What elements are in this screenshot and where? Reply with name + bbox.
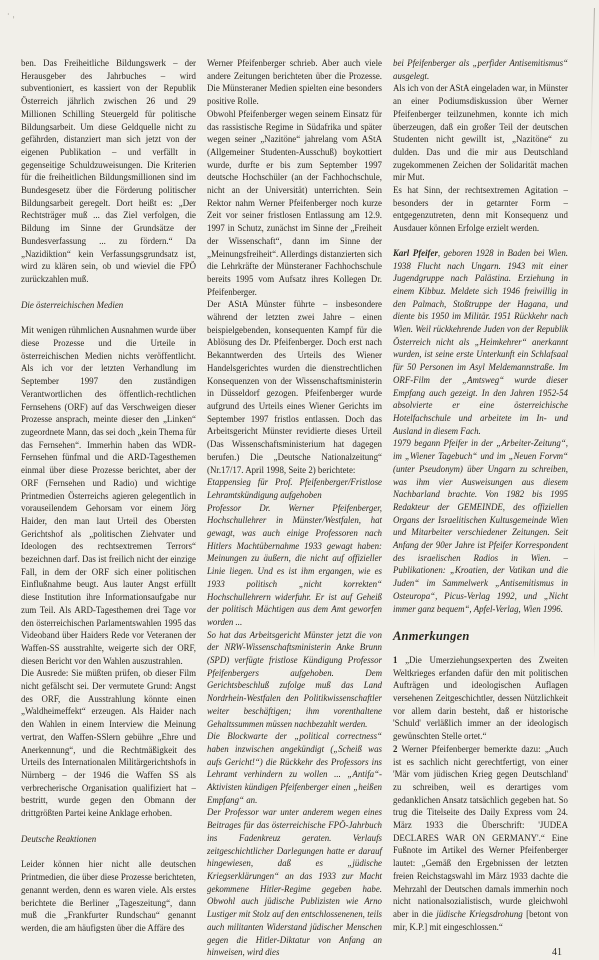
text-run: Der AStA Münster führte – insbesondere w… (207, 299, 382, 474)
text-run: Mit wenigen rühmlichen Ausnahmen wurde ü… (21, 325, 196, 665)
text-run: Deutsche Reaktionen (21, 834, 96, 844)
text-run: So hat das Arbeitsgericht Münster jetzt … (207, 630, 382, 729)
text-run: 1979 begann Pfeifer in der „Arbeiter-Zei… (393, 438, 568, 613)
text-run: Werner Pfeifenberger bemerkte dazu: „Auc… (393, 744, 568, 848)
text-run: Es hat Sinn, der rechtsextremen Agitatio… (393, 185, 568, 233)
text-run: Als ich von der AStA eingeladen war, in … (393, 83, 568, 182)
text-run: Die Blockwarte der „political correctnes… (207, 731, 382, 805)
notes-heading: Anmerkungen (393, 630, 568, 643)
paragraph: Obwohl Pfeifenberger wegen seinem Einsat… (207, 108, 382, 299)
text-run: Etappensieg für Prof. Pfeifenberger/Fris… (207, 477, 382, 500)
paragraph: Es hat Sinn, der rechtsextremen Agitatio… (393, 184, 568, 235)
scan-edge-artifact-low (594, 540, 595, 660)
section-heading: Deutsche Reaktionen (21, 833, 196, 846)
paragraph: 1979 begann Pfeifer in der „Arbeiter-Zei… (393, 437, 568, 615)
text-column-1: ben. Das Freiheitliche Bildungswerk – de… (21, 57, 196, 848)
text-column-2: Werner Pfeifenberger schrieb. Aber auch … (207, 57, 382, 848)
paragraph: Die Ausrede: Sie müßten prüfen, ob diese… (21, 667, 196, 819)
paragraph: Der Professor war unter anderem wegen ei… (207, 806, 382, 848)
text-run: Die österreichischen Medien (21, 300, 123, 310)
paragraph: Karl Pfeifer, geboren 1928 in Baden bei … (393, 247, 568, 438)
scan-edge-artifact (590, 8, 595, 158)
text-run: Der Professor war unter anderem wegen ei… (207, 807, 382, 848)
page-columns: ben. Das Freiheitliche Bildungswerk – de… (21, 57, 569, 848)
text-run: „Die Umerziehungsexperten des Zweiten We… (393, 655, 568, 741)
text-run: Werner Pfeifenberger schrieb. Aber auch … (207, 58, 382, 106)
text-run: Die Ausrede: Sie müßten prüfen, ob diese… (21, 668, 196, 818)
paragraph: Als ich von der AStA eingeladen war, in … (393, 82, 568, 184)
paragraph: bei Pfeifenberger als „perfider Antisemi… (393, 57, 568, 82)
text-run: ben. Das Freiheitliche Bildungswerk – de… (21, 58, 196, 284)
footnote: 1 „Die Umerziehungsexperten des Zweiten … (393, 654, 568, 743)
scan-speckle: ·﹐ (7, 13, 17, 17)
paragraph: Etappensieg für Prof. Pfeifenberger/Fris… (207, 476, 382, 501)
paragraph: Der AStA Münster führte – insbesondere w… (207, 298, 382, 476)
text-run: Karl Pfeifer (393, 248, 438, 258)
paragraph: Werner Pfeifenberger schrieb. Aber auch … (207, 57, 382, 108)
paragraph: So hat das Arbeitsgericht Münster jetzt … (207, 629, 382, 731)
text-run: Obwohl Pfeifenberger wegen seinem Einsat… (207, 109, 382, 297)
text-run: Anmerkungen (393, 629, 470, 643)
text-run: bei Pfeifenberger als „perfider Antisemi… (393, 58, 568, 81)
text-column-3: bei Pfeifenberger als „perfider Antisemi… (393, 57, 568, 848)
paragraph: Mit wenigen rühmlichen Ausnahmen wurde ü… (21, 324, 196, 667)
text-run: Professor Dr. Werner Pfeifenberger, Hoch… (207, 503, 382, 627)
paragraph: Die Blockwarte der „political correctnes… (207, 730, 382, 806)
text-run: , geboren 1928 in Baden bei Wien. 1938 F… (393, 248, 568, 436)
paragraph: ben. Das Freiheitliche Bildungswerk – de… (21, 57, 196, 286)
section-heading: Die österreichischen Medien (21, 299, 196, 312)
paragraph: Professor Dr. Werner Pfeifenberger, Hoch… (207, 502, 382, 629)
footnote: 2 Werner Pfeifenberger bemerkte dazu: „A… (393, 743, 568, 848)
